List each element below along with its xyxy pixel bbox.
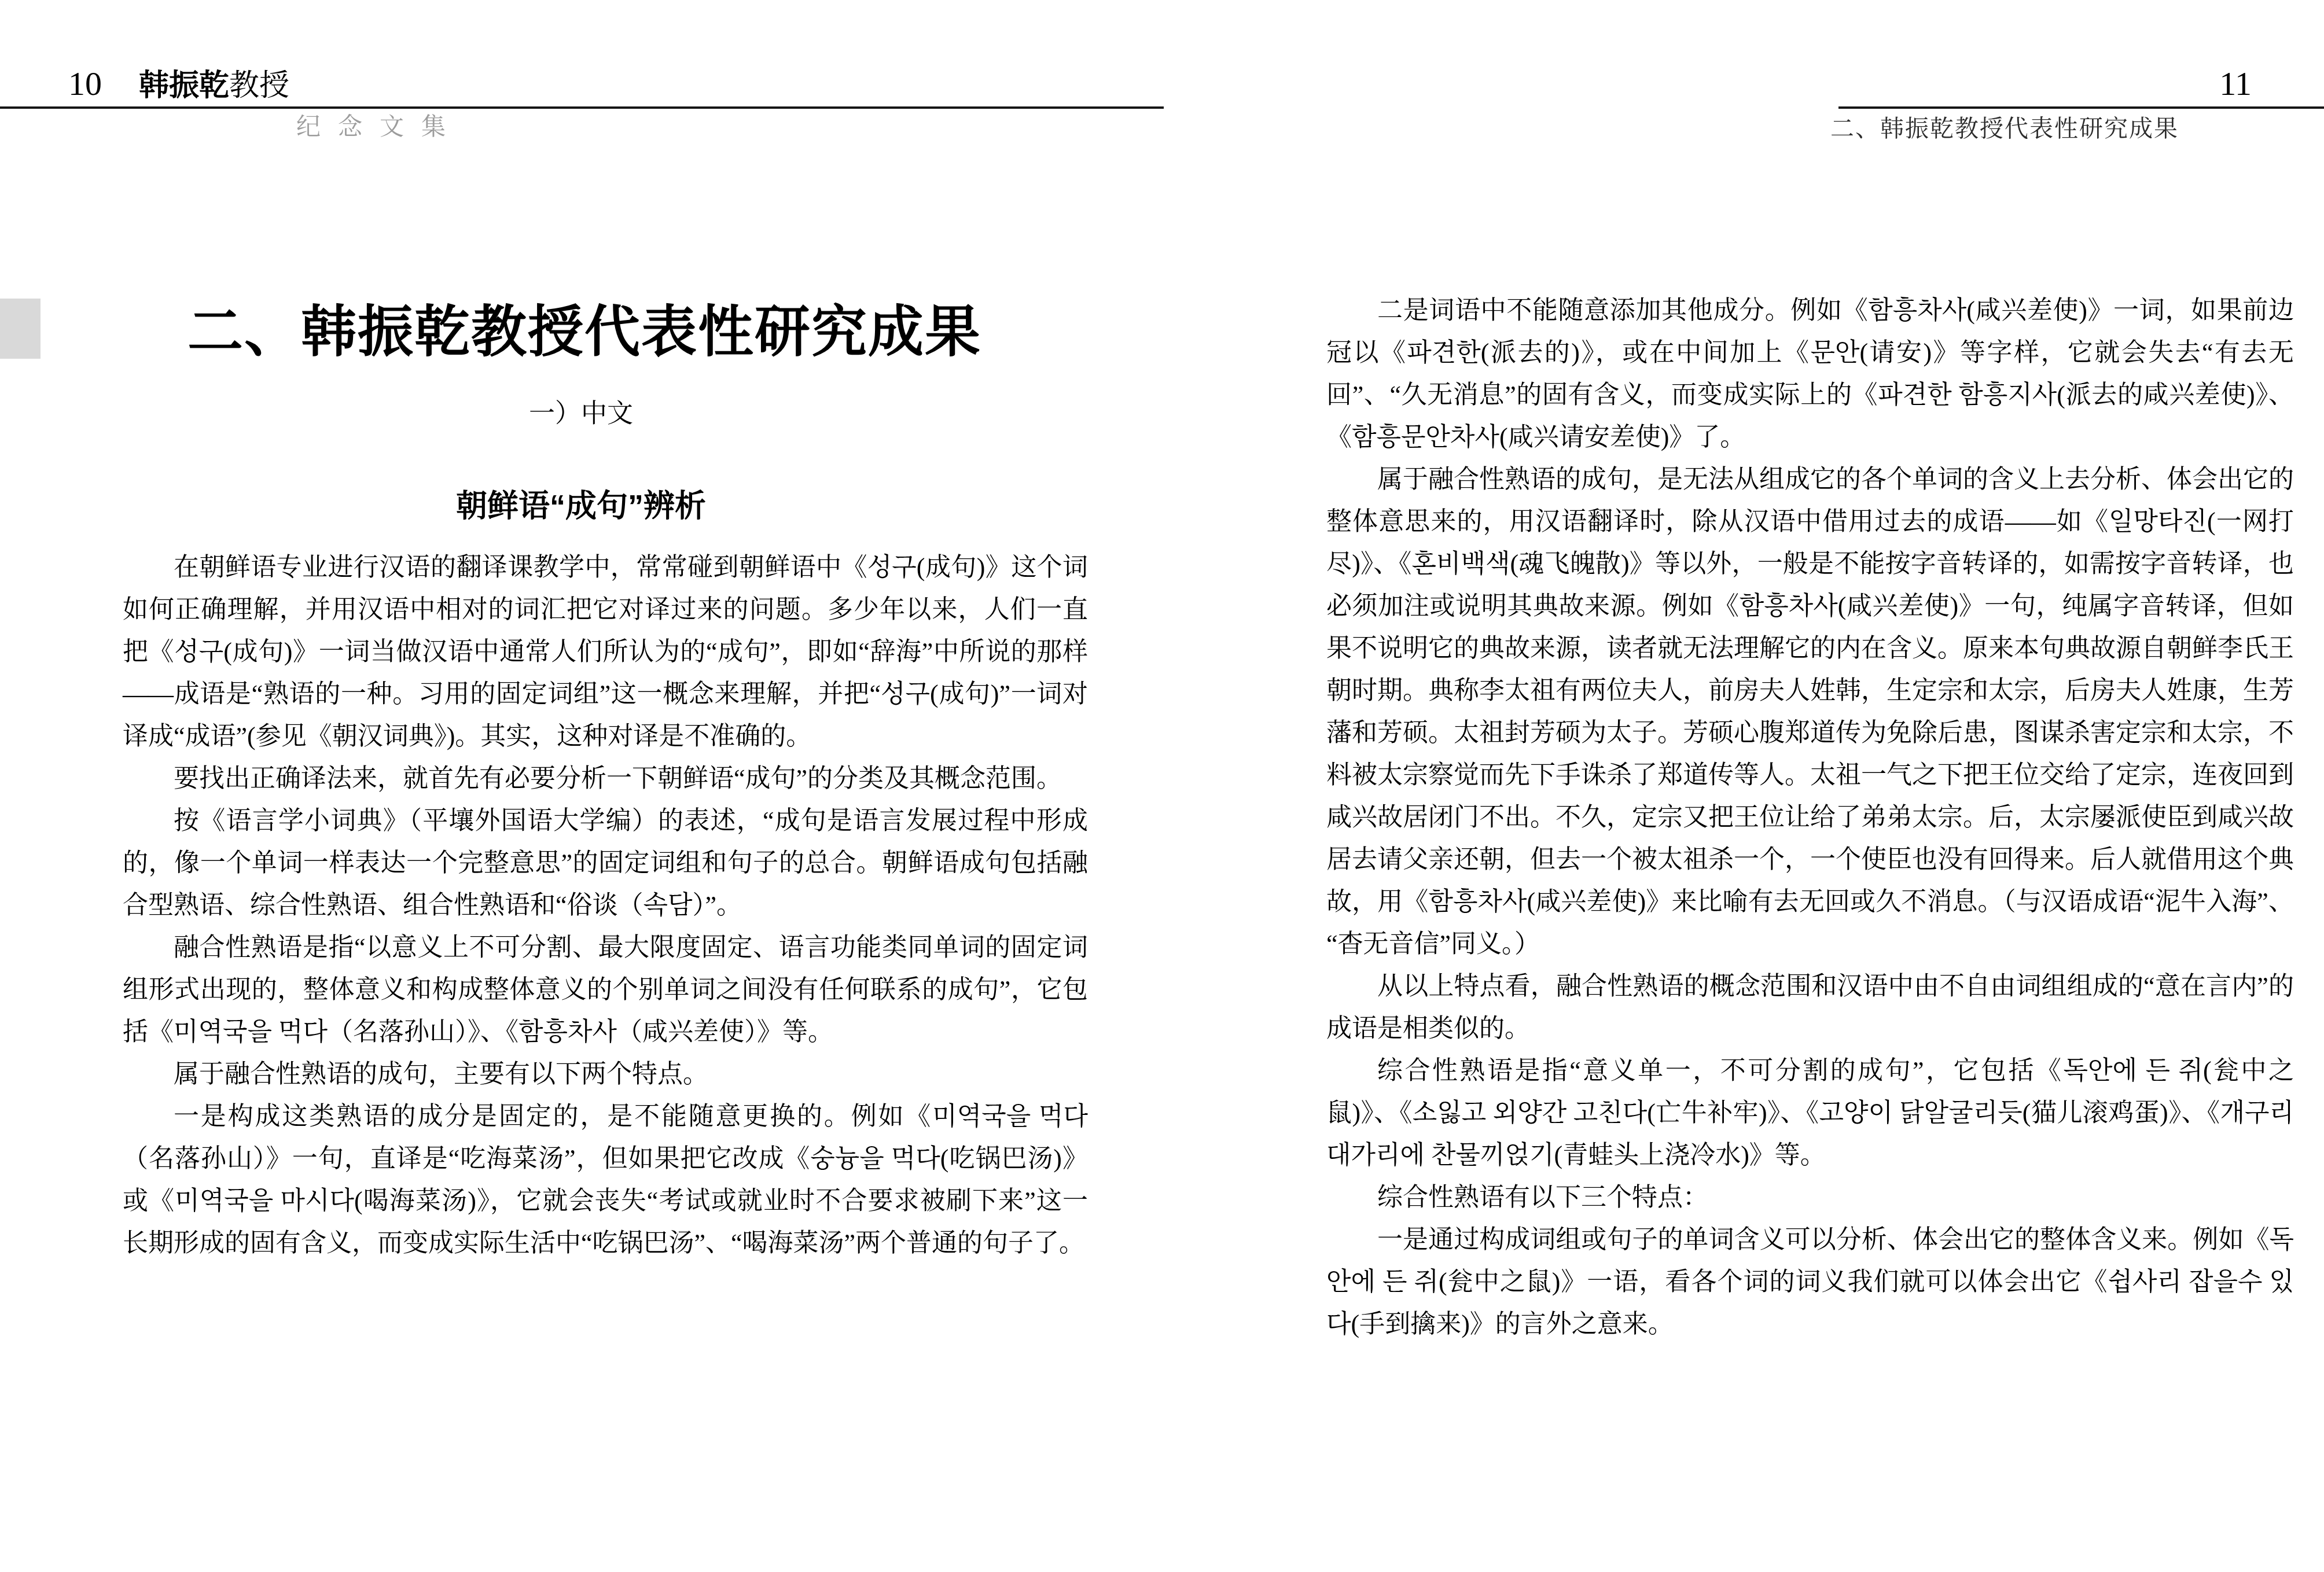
- book-title: 韩振乾教授: [139, 69, 289, 102]
- header-collection-label: 纪念文集: [296, 115, 463, 139]
- paragraph: 一是构成这类熟语的成分是固定的，是不能随意更换的。例如《미역국을 먹다（名落孙山…: [123, 1095, 1088, 1264]
- paragraph: 二是词语中不能随意添加其他成分。例如《함흥차사(咸兴差使)》一词，如果前边冠以《…: [1326, 289, 2294, 458]
- book-spread: 10 韩振乾教授 纪念文集 二、韩振乾教授代表性研究成果 一）中文 朝鲜语“成句…: [0, 0, 2324, 1572]
- paragraph: 从以上特点看，融合性熟语的概念范围和汉语中由不自由词组组成的“意在言内”的成语是…: [1326, 965, 2294, 1050]
- left-page-body: 在朝鲜语专业进行汉语的翻译课教学中，常常碰到朝鲜语中《성구(成句)》这个词如何正…: [123, 546, 1088, 1264]
- paragraph: 一是通过构成词组或句子的单词含义可以分析、体会出它的整体含义来。例如《독안에 든…: [1326, 1218, 2294, 1345]
- paragraph: 属于融合性熟语的成句，主要有以下两个特点。: [123, 1053, 1088, 1095]
- paragraph: 要找出正确译法来，就首先有必要分析一下朝鲜语“成句”的分类及其概念范围。: [123, 757, 1088, 800]
- header-rule-left: [0, 106, 1164, 109]
- section-subtitle: 一）中文: [0, 398, 1162, 429]
- article-title: 朝鲜语“成句”辨析: [0, 486, 1162, 527]
- paragraph: 属于融合性熟语的成句，是无法从组成它的各个单词的含义上去分析、体会出它的整体意思…: [1326, 458, 2294, 965]
- paragraph: 融合性熟语是指“以意义上不可分割、最大限度固定、语言功能类同单词的固定词组形式出…: [123, 926, 1088, 1053]
- page-number-left: 10: [68, 67, 102, 101]
- paragraph: 按《语言学小词典》（平壤外国语大学编）的表述，“成句是语言发展过程中形成的，像一…: [123, 800, 1088, 926]
- paragraph: 在朝鲜语专业进行汉语的翻译课教学中，常常碰到朝鲜语中《성구(成句)》这个词如何正…: [123, 546, 1088, 757]
- section-title: 二、韩振乾教授代表性研究成果: [35, 297, 1134, 367]
- paragraph: 综合性熟语是指“意义单一，不可分割的成句”，它包括《독안에 든 쥐(瓮中之鼠)》…: [1326, 1050, 2294, 1176]
- book-title-suffix: 教授: [229, 69, 289, 102]
- running-header: 二、韩振乾教授代表性研究成果: [1830, 116, 2179, 142]
- page-number-right: 11: [2219, 67, 2252, 101]
- paragraph: 综合性熟语有以下三个特点：: [1326, 1176, 2294, 1218]
- book-title-author: 韩振乾: [139, 69, 229, 102]
- right-page-body: 二是词语中不能随意添加其他成分。例如《함흥차사(咸兴差使)》一词，如果前边冠以《…: [1326, 289, 2294, 1345]
- header-rule-right: [1838, 106, 2324, 109]
